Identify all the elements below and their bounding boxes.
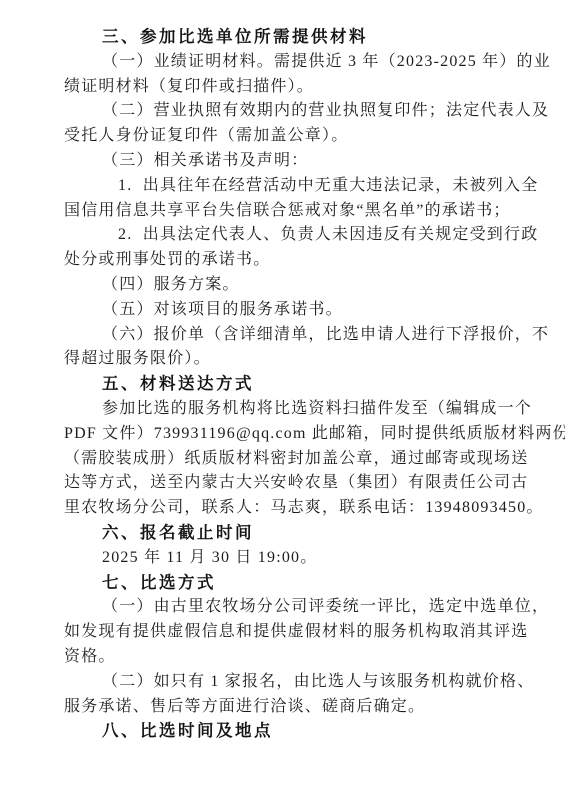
text-line: PDF 文件）739931196@qq.com 此邮箱，同时提供纸质版材料两份: [0, 422, 565, 447]
section-heading: 八、比选时间及地点: [0, 719, 565, 744]
text-line: 处分或刑事处罚的承诺书。: [0, 248, 565, 273]
text-line: 2. 出具法定代表人、负责人未因违反有关规定受到行政: [0, 223, 565, 248]
text-line: （一）业绩证明材料。需提供近 3 年（2023-2025 年）的业: [0, 50, 565, 75]
text-line: 绩证明材料（复印件或扫描件）。: [0, 75, 565, 100]
text-line: 1. 出具往年在经营活动中无重大违法记录，未被列入全: [0, 174, 565, 199]
section-heading: 七、比选方式: [0, 571, 565, 596]
text-line: 达等方式，送至内蒙古大兴安岭农垦（集团）有限责任公司古: [0, 471, 565, 496]
section-heading: 五、材料送达方式: [0, 372, 565, 397]
section-heading: 三、参加比选单位所需提供材料: [0, 25, 565, 50]
text-line: （需胶装成册）纸质版材料密封加盖公章，通过邮寄或现场送: [0, 447, 565, 472]
text-line: （六）报价单（含详细清单，比选申请人进行下浮报价，不: [0, 323, 565, 348]
section-heading: 六、报名截止时间: [0, 521, 565, 546]
document-text-block: 三、参加比选单位所需提供材料（一）业绩证明材料。需提供近 3 年（2023-20…: [0, 25, 565, 744]
text-line: 2025 年 11 月 30 日 19:00。: [0, 546, 565, 571]
text-line: 国信用信息共享平台失信联合惩戒对象“黑名单”的承诺书；: [0, 199, 565, 224]
text-line: 参加比选的服务机构将比选资料扫描件发至（编辑成一个: [0, 397, 565, 422]
text-line: （二）营业执照有效期内的营业执照复印件；法定代表人及: [0, 99, 565, 124]
text-line: 服务承诺、售后等方面进行洽谈、磋商后确定。: [0, 695, 565, 720]
text-line: （二）如只有 1 家报名，由比选人与该服务机构就价格、: [0, 670, 565, 695]
text-line: 如发现有提供虚假信息和提供虚假材料的服务机构取消其评选: [0, 620, 565, 645]
text-line: 受托人身份证复印件（需加盖公章）。: [0, 124, 565, 149]
text-line: （三）相关承诺书及声明：: [0, 149, 565, 174]
document-page: 三、参加比选单位所需提供材料（一）业绩证明材料。需提供近 3 年（2023-20…: [0, 0, 565, 796]
text-line: （一）由古里农牧场分公司评委统一评比，选定中选单位，: [0, 595, 565, 620]
text-line: （五）对该项目的服务承诺书。: [0, 298, 565, 323]
text-line: 里农牧场分公司，联系人：马志爽，联系电话：13948093450。: [0, 496, 565, 521]
text-line: 得超过服务限价）。: [0, 347, 565, 372]
text-line: （四）服务方案。: [0, 273, 565, 298]
text-line: 资格。: [0, 645, 565, 670]
